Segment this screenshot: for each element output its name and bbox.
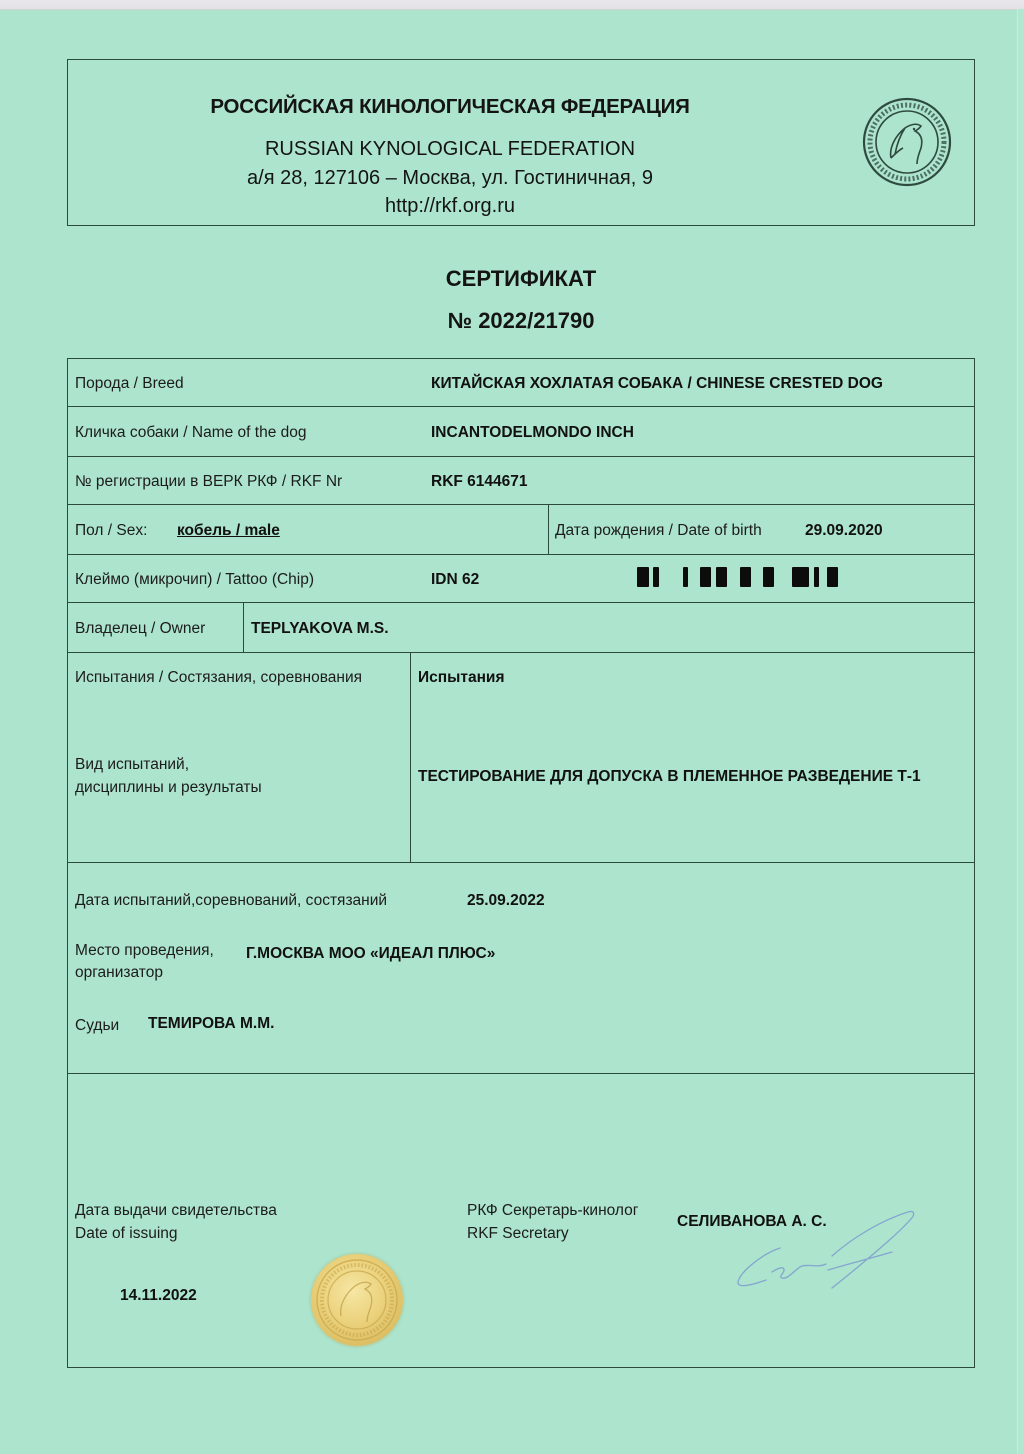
registration-label: № регистрации в ВЕРК РКФ / RKF Nr [75,473,342,491]
secretary-label-ru: РКФ Секретарь-кинолог [467,1202,638,1220]
dob-label: Дата рождения / Date of birth [555,522,762,540]
sex-label: Пол / Sex: [75,522,147,540]
secretary-label-en: RKF Secretary [467,1225,569,1243]
trials-section-label: Испытания / Состязания, соревнования [75,669,362,687]
row-divider [67,652,975,653]
signature-icon [732,1208,922,1303]
rkf-greyhound-seal-icon [861,96,953,188]
row-divider [67,1073,975,1074]
breed-label: Порода / Breed [75,375,184,393]
dob-value: 29.09.2020 [805,522,883,540]
trial-kind-label-line1: Вид испытаний, [75,756,189,774]
issue-label-ru: Дата выдачи свидетельства [75,1202,277,1220]
col-divider-owner [243,602,244,652]
chip-value: IDN 62 [431,571,479,589]
chip-label: Клеймо (микрочип) / Tattoo (Chip) [75,571,314,589]
trial-place-label-line2: организатор [75,964,163,982]
page-right-edge [1017,9,1024,1454]
owner-value: TEPLYAKOVA M.S. [251,620,389,638]
dog-name-value: INCANTODELMONDO INCH [431,424,634,442]
trial-kind-value: ТЕСТИРОВАНИЕ ДЛЯ ДОПУСКА В ПЛЕМЕННОЕ РАЗ… [418,768,921,786]
trial-place-value: Г.МОСКВА МОО «ИДЕАЛ ПЛЮС» [246,945,495,963]
org-name-ru: РОССИЙСКАЯ КИНОЛОГИЧЕСКАЯ ФЕДЕРАЦИЯ [0,95,900,119]
row-divider [67,602,975,603]
trial-date-label: Дата испытаний,соревнований, состязаний [75,892,387,910]
judges-value: ТЕМИРОВА М.М. [148,1015,274,1033]
judges-label: Судьи [75,1017,119,1035]
breed-value: КИТАЙСКАЯ ХОХЛАТАЯ СОБАКА / CHINESE CRES… [431,375,883,393]
row-divider [67,406,975,407]
org-website[interactable]: http://rkf.org.ru [0,195,900,218]
org-name-en: RUSSIAN KYNOLOGICAL FEDERATION [0,138,900,161]
dog-name-label: Кличка собаки / Name of the dog [75,424,307,442]
row-divider [67,862,975,863]
trial-kind-label-line2: дисциплины и результаты [75,779,262,797]
issue-label-en: Date of issuing [75,1225,178,1243]
row-divider [67,456,975,457]
registration-value: RKF 6144671 [431,473,528,491]
issue-date: 14.11.2022 [120,1287,197,1305]
certificate-number: № 2022/21790 [0,308,1024,334]
trials-section-value: Испытания [418,669,505,687]
certificate-title: СЕРТИФИКАТ [0,266,1024,292]
col-divider-sex-dob [548,504,549,554]
owner-label: Владелец / Owner [75,620,205,638]
screen-top-bar [0,0,1024,10]
org-address: а/я 28, 127106 – Москва, ул. Гостиничная… [0,167,900,190]
trial-date-value: 25.09.2022 [467,892,545,910]
gold-seal-icon [311,1254,403,1346]
trial-place-label-line1: Место проведения, [75,942,214,960]
col-divider-trials [410,652,411,862]
row-divider [67,504,975,505]
row-divider [67,554,975,555]
sex-value: кобель / male [177,522,280,540]
